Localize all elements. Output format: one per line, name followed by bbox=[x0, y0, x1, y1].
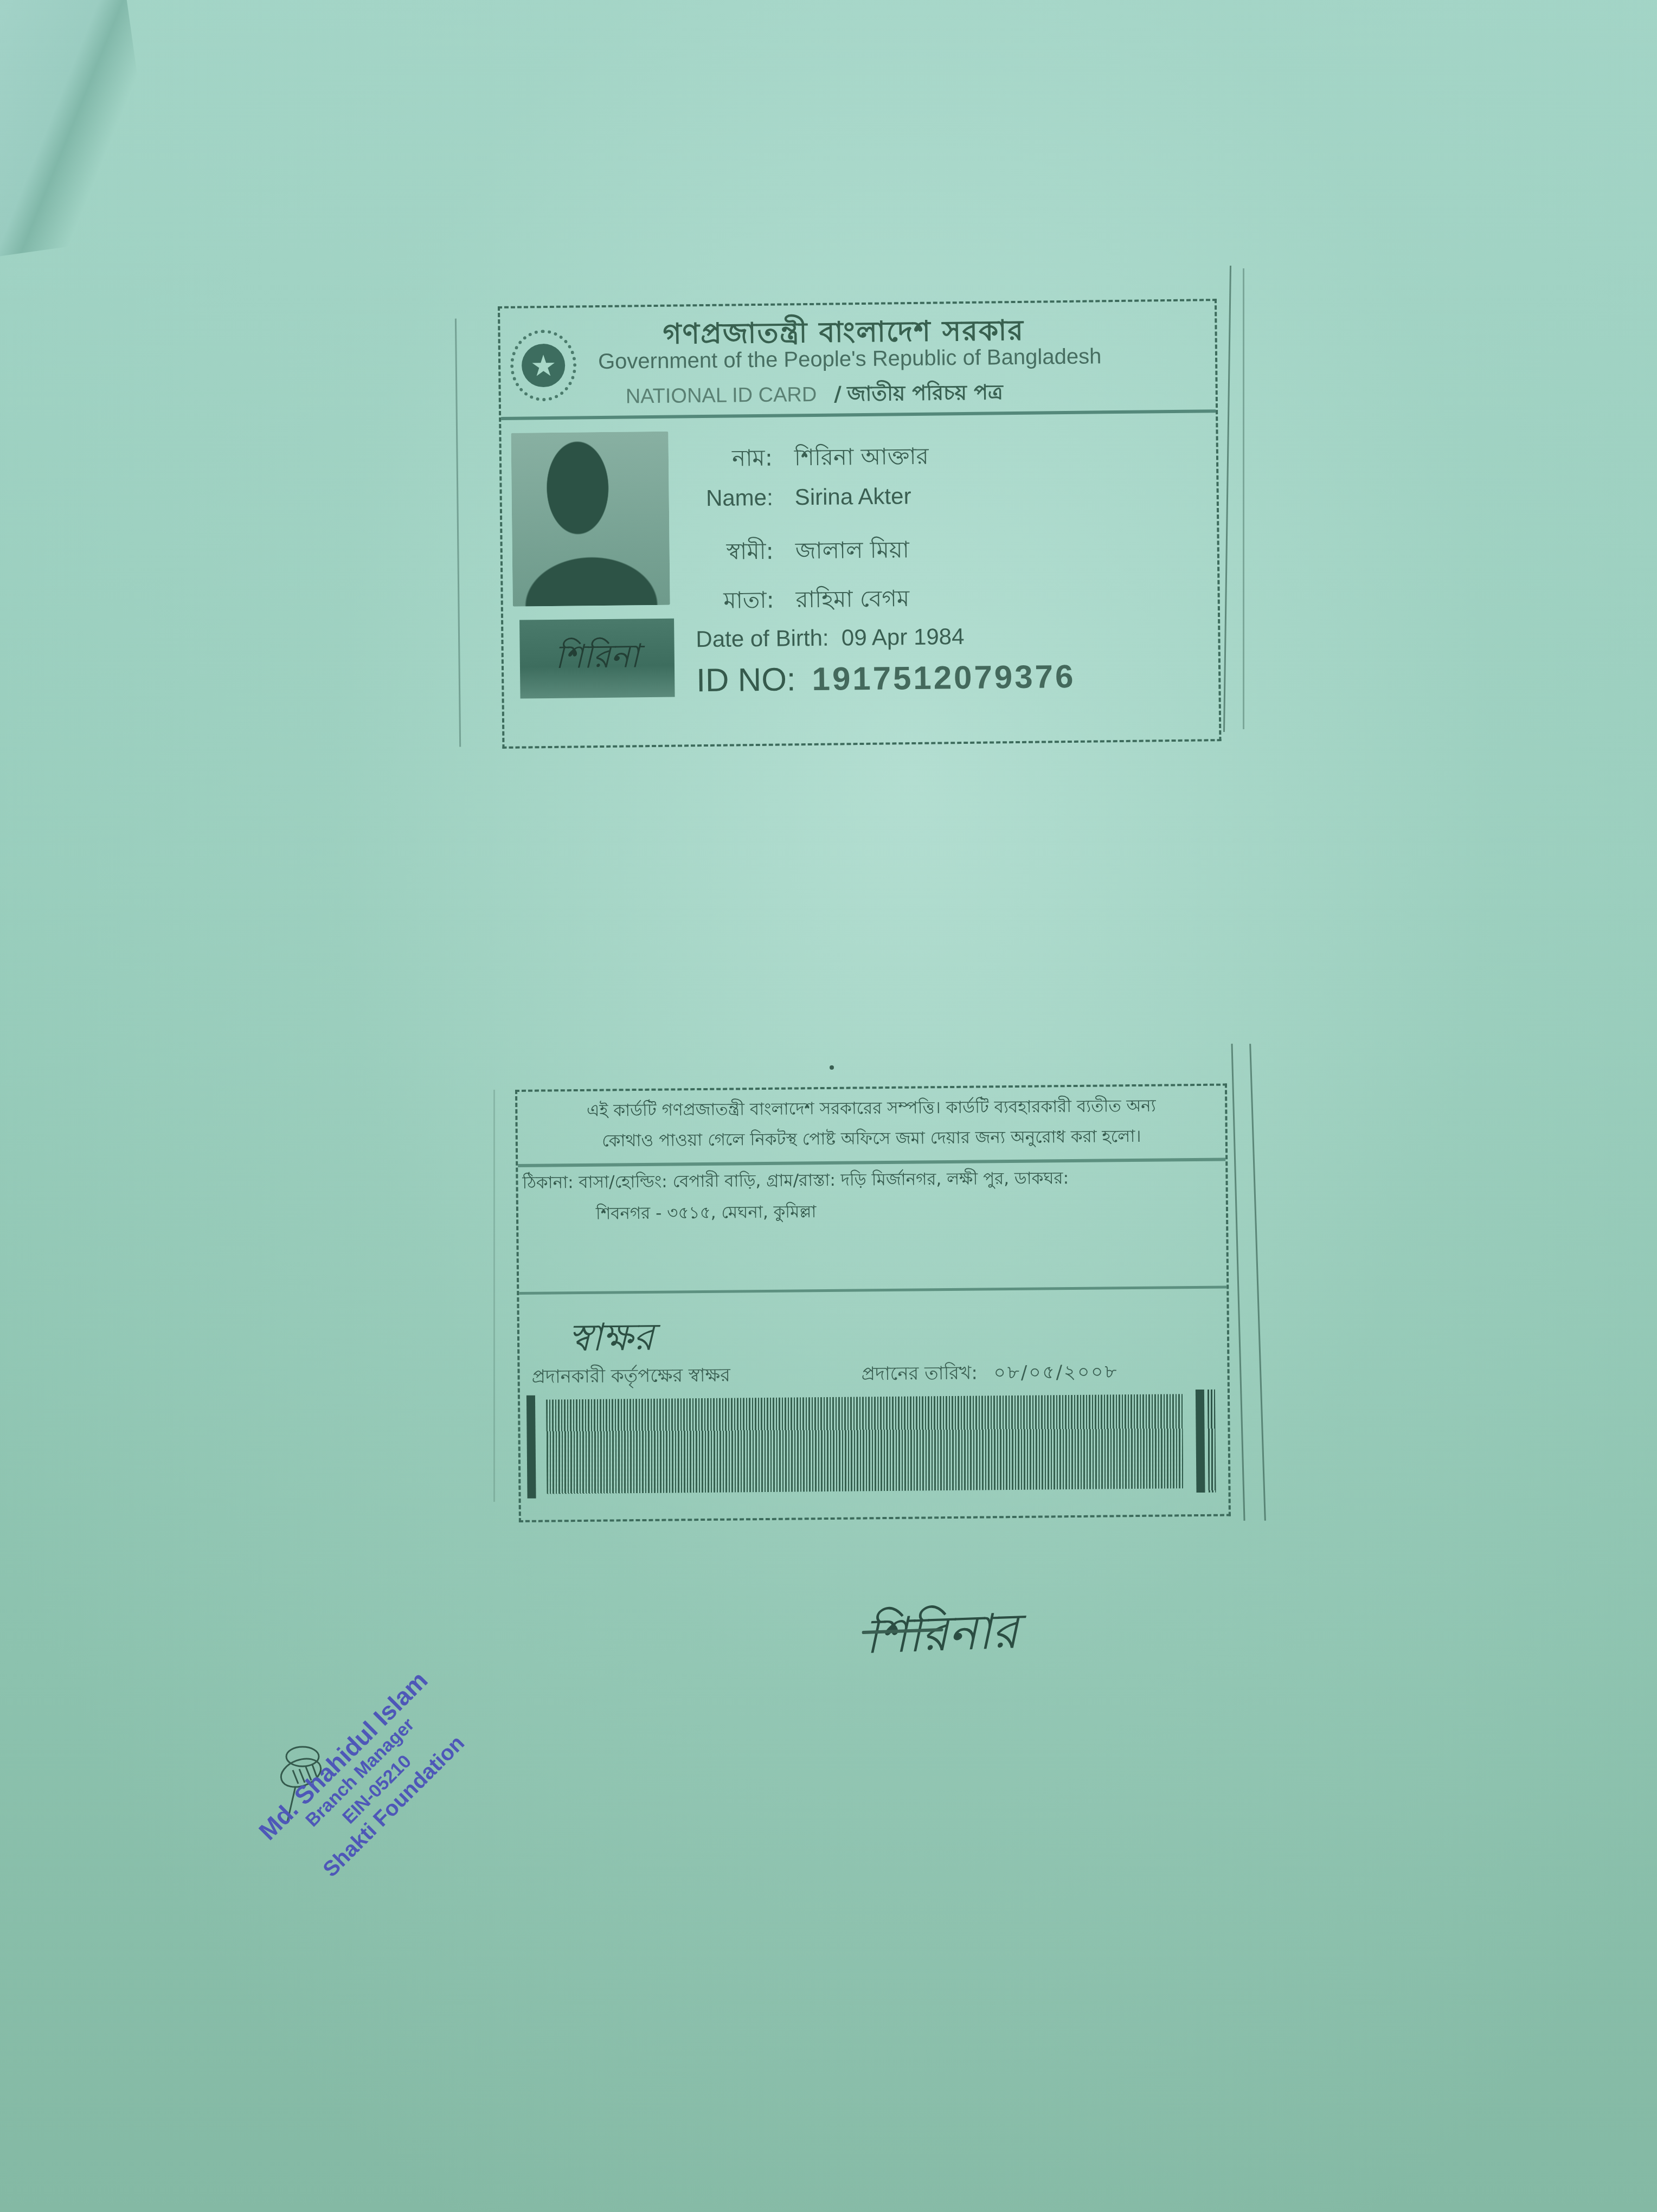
ink-dot bbox=[830, 1065, 834, 1070]
header-title-en: Government of the People's Republic of B… bbox=[598, 344, 1102, 374]
holder-photo-signature: শিরিনা bbox=[519, 619, 675, 699]
issue-date: প্রদানের তারিখ:০৮/০৫/২০০৮ bbox=[861, 1358, 1118, 1391]
holder-handwritten-signature: শিরিনার bbox=[863, 1594, 1020, 1681]
nid-back: এই কার্ডটি গণপ্রজাতন্ত্রী বাংলাদেশ সরকার… bbox=[515, 1084, 1231, 1522]
copy-edge-line bbox=[1243, 268, 1244, 729]
card-type: NATIONAL ID CARD / জাতীয় পরিচয় পত্র bbox=[625, 376, 1003, 415]
government-emblem-icon: ★ bbox=[510, 329, 576, 401]
issue-date-value: ০৮/০৫/২০০৮ bbox=[994, 1361, 1119, 1384]
nid-front: ★ গণপ্রজাতন্ত্রী বাংলাদেশ সরকার Governme… bbox=[498, 299, 1221, 749]
holder-photo bbox=[511, 432, 670, 607]
card-type-en: NATIONAL ID CARD bbox=[626, 383, 817, 408]
address-block: ঠিকানা: বাসা/হোল্ডিং: বেপারী বাড়ি, গ্রা… bbox=[518, 1158, 1226, 1295]
field-mother: মাতা:রাহিমা বেগম bbox=[676, 581, 909, 621]
ownership-notice: এই কার্ডটি গণপ্রজাতন্ত্রী বাংলাদেশ সরকার… bbox=[517, 1086, 1225, 1167]
field-husband: স্বামী:জালাল মিয়া bbox=[676, 532, 909, 573]
field-name-en: Name:Sirina Akter bbox=[675, 483, 911, 512]
pdf417-barcode-icon bbox=[526, 1390, 1216, 1499]
card-type-sep: / bbox=[834, 382, 842, 406]
field-id-number: ID NO:1917512079376 bbox=[696, 658, 1076, 699]
field-date-of-birth: Date of Birth: 09 Apr 1984 bbox=[696, 623, 964, 652]
card-type-bn: জাতীয় পরিচয় পত্র bbox=[847, 380, 1003, 406]
field-name-bn: নাম:শিরিনা আক্তার bbox=[675, 439, 929, 480]
authority-signature-label: প্রদানকারী কর্তৃপক্ষের স্বাক্ষর bbox=[531, 1361, 730, 1394]
nid-header: ★ গণপ্রজাতন্ত্রী বাংলাদেশ সরকার Governme… bbox=[500, 301, 1216, 420]
dob-value: 09 Apr 1984 bbox=[842, 623, 965, 650]
copy-edge-line bbox=[493, 1090, 495, 1502]
id-number-value: 1917512079376 bbox=[812, 658, 1075, 697]
